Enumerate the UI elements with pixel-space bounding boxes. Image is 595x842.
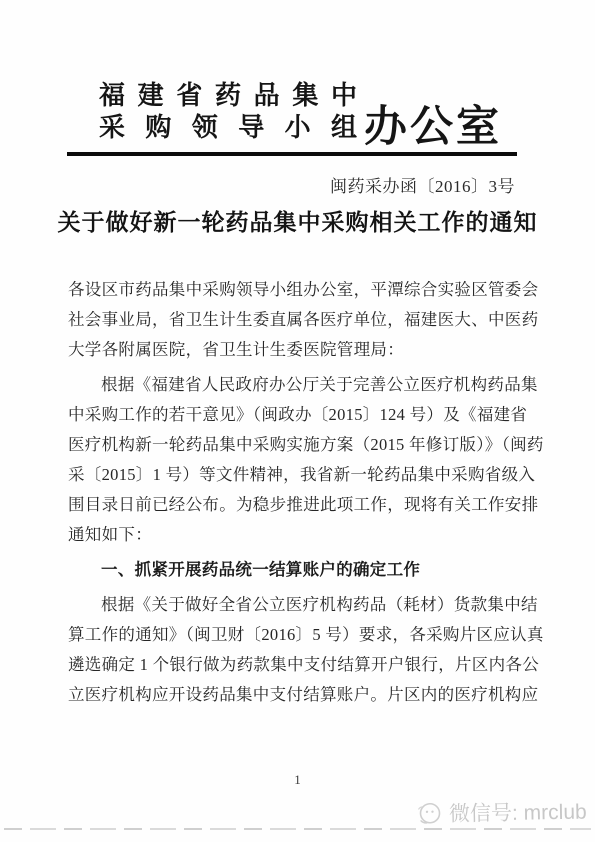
body-line: 通知如下： [68,520,530,550]
body-line: 立医疗机构应开设药品集中支付结算账户。片区内的医疗机构应 [68,680,530,710]
wechat-icon [416,800,443,827]
body-line: 中采购工作的若干意见》（闽政办〔2015〕124 号）及《福建省 [68,400,530,430]
watermark-text: 微信号: mrclub [449,796,587,828]
scan-edge-line [4,828,591,830]
body-line: 遴选确定 1 个银行做为药款集中支付结算开户银行，片区内各公 [68,650,530,680]
scanned-document-page: 福建省药品集中 采购领导小组 办公室 闽药采办函〔2016〕3号 关于做好新一轮… [0,0,595,842]
body-line: 大学各附属医院，省卫生计生委医院管理局： [68,335,530,365]
org-name: 福建省药品集中 采购领导小组 [99,80,357,144]
org-name-line2: 采购领导小组 [99,112,357,144]
watermark: 微信号: mrclub [416,796,587,829]
paragraph: 根据《福建省人民政府办公厅关于完善公立医疗机构药品集中采购工作的若干意见》（闽政… [68,370,530,550]
doc-number: 闽药采办函〔2016〕3号 [330,172,515,197]
document-body: 各设区市药品集中采购领导小组办公室，平潭综合实验区管委会社会事业局，省卫生计生委… [68,275,530,710]
body-line: 社会事业局，省卫生计生委直属各医疗单位，福建医大、中医药 [68,305,530,335]
page-number: 1 [0,772,595,788]
header-divider-rule [67,152,517,156]
body-line: 根据《福建省人民政府办公厅关于完善公立医疗机构药品集 [68,370,530,400]
body-line: 根据《关于做好全省公立医疗机构药品（耗材）货款集中结 [68,590,530,620]
section-heading: 一、抓紧开展药品统一结算账户的确定工作 [68,555,530,585]
body-line: 医疗机构新一轮药品集中采购实施方案（2015 年修订版）》（闽药 [68,430,530,460]
body-line: 采〔2015〕1 号）等文件精神，我省新一轮药品集中采购省级入 [68,460,530,490]
body-line: 一、抓紧开展药品统一结算账户的确定工作 [68,555,530,585]
paragraph: 各设区市药品集中采购领导小组办公室，平潭综合实验区管委会社会事业局，省卫生计生委… [68,275,530,365]
letterhead: 福建省药品集中 采购领导小组 办公室 [99,80,502,144]
body-line: 围目录日前已经公布。为稳步推进此项工作，现将有关工作安排 [68,490,530,520]
org-name-line1: 福建省药品集中 [99,80,357,112]
page-title: 关于做好新一轮药品集中采购相关工作的通知 [0,204,595,237]
org-name-suffix: 办公室 [364,106,502,149]
body-line: 算工作的通知》（闽卫财〔2016〕5 号）要求，各采购片区应认真 [68,620,530,650]
paragraph: 根据《关于做好全省公立医疗机构药品（耗材）货款集中结算工作的通知》（闽卫财〔20… [68,590,530,710]
body-line: 各设区市药品集中采购领导小组办公室，平潭综合实验区管委会 [68,275,530,305]
